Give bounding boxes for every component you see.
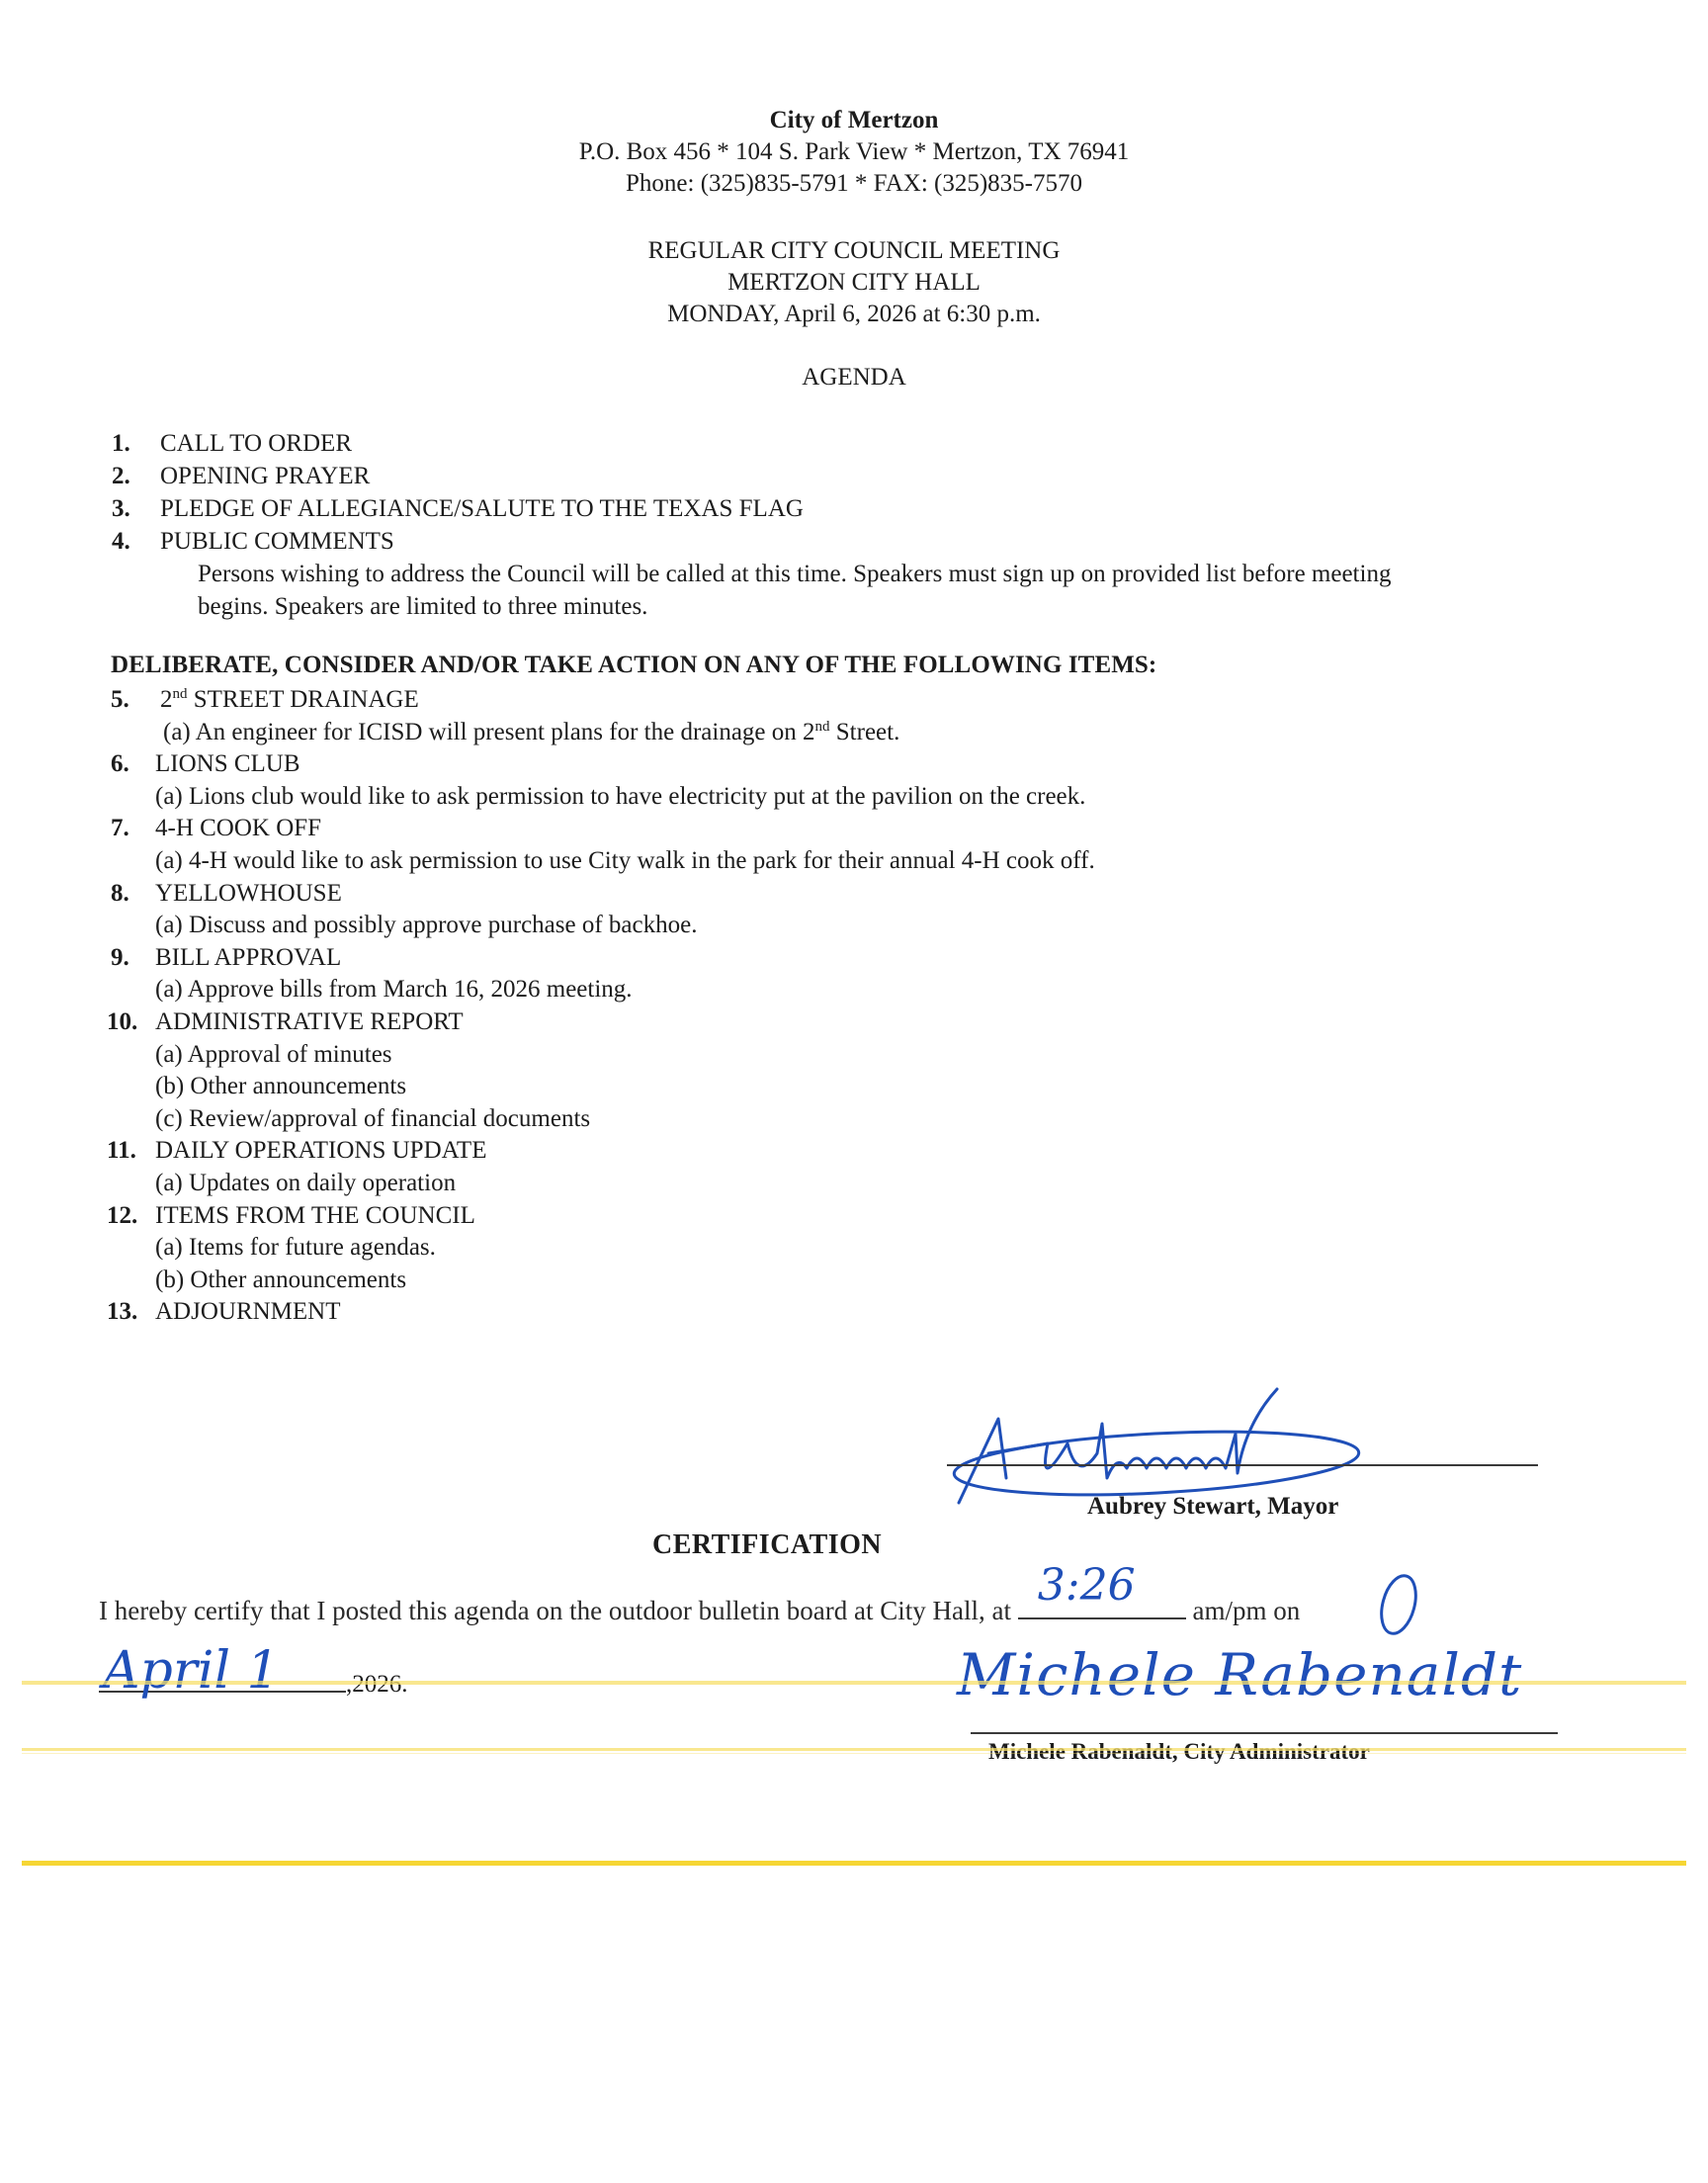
sub-item-text: Street. xyxy=(830,719,900,745)
organization-name: City of Mertzon xyxy=(0,105,1708,136)
certification-statement: I hereby certify that I posted this agen… xyxy=(99,1596,1011,1625)
mayor-signature-line xyxy=(947,1464,1538,1466)
certification-title: CERTIFICATION xyxy=(652,1529,882,1561)
item-description: Persons wishing to address the Council w… xyxy=(198,559,1391,590)
item-number: 6. xyxy=(111,748,129,780)
mayor-printed-name: Aubrey Stewart, Mayor xyxy=(1087,1493,1338,1521)
time-blank: 3:26 xyxy=(1018,1596,1186,1619)
item-number: 7. xyxy=(111,813,129,844)
sub-item-superscript: nd xyxy=(815,719,830,735)
item-label: 4-H COOK OFF xyxy=(155,813,321,844)
highlight-streak xyxy=(22,1753,1686,1754)
meeting-type: REGULAR CITY COUNCIL MEETING xyxy=(0,235,1708,267)
sub-item: (a) Approval of minutes xyxy=(155,1039,392,1071)
item-label: ADJOURNMENT xyxy=(155,1296,341,1328)
sub-item: (b) Other announcements xyxy=(155,1071,406,1102)
item-number: 12. xyxy=(107,1200,137,1232)
item-number: 13. xyxy=(107,1296,137,1328)
item-number: 8. xyxy=(111,878,129,910)
agenda-title: AGENDA xyxy=(0,362,1708,393)
item-number: 4. xyxy=(112,526,130,558)
label-text: STREET DRAINAGE xyxy=(188,686,419,713)
address: P.O. Box 456 * 104 S. Park View * Mertzo… xyxy=(0,136,1708,168)
sub-item: (a) An engineer for ICISD will present p… xyxy=(163,717,899,748)
label-text: 2 xyxy=(160,686,173,713)
phone-fax: Phone: (325)835-5791 * FAX: (325)835-757… xyxy=(0,168,1708,200)
item-label: YELLOWHOUSE xyxy=(155,878,342,910)
meeting-info: REGULAR CITY COUNCIL MEETING MERTZON CIT… xyxy=(0,235,1708,330)
item-label: PLEDGE OF ALLEGIANCE/SALUTE TO THE TEXAS… xyxy=(160,493,804,525)
item-number: 3. xyxy=(112,493,130,525)
meeting-location: MERTZON CITY HALL xyxy=(0,267,1708,299)
pm-circle-mark xyxy=(1369,1567,1428,1646)
handwritten-date: April 1 xyxy=(103,1641,280,1701)
item-label: 2nd STREET DRAINAGE xyxy=(160,684,419,716)
highlight-streak xyxy=(22,1681,1686,1685)
certification-text: I hereby certify that I posted this agen… xyxy=(99,1596,1300,1626)
handwritten-time: 3:26 xyxy=(1038,1560,1136,1611)
sub-item: (a) Discuss and possibly approve purchas… xyxy=(155,910,697,941)
administrator-signature-line xyxy=(971,1732,1558,1734)
item-number: 5. xyxy=(111,684,129,716)
item-label: LIONS CLUB xyxy=(155,748,300,780)
item-number: 11. xyxy=(107,1135,136,1167)
sub-item: (b) Other announcements xyxy=(155,1265,406,1296)
sub-item: (a) Items for future agendas. xyxy=(155,1232,436,1264)
sub-item: (c) Review/approval of financial documen… xyxy=(155,1103,590,1135)
item-label: DAILY OPERATIONS UPDATE xyxy=(155,1135,486,1167)
letterhead: City of Mertzon P.O. Box 456 * 104 S. Pa… xyxy=(0,105,1708,200)
meeting-datetime: MONDAY, April 6, 2026 at 6:30 p.m. xyxy=(0,299,1708,330)
item-number: 10. xyxy=(107,1006,137,1038)
item-label: BILL APPROVAL xyxy=(155,942,341,974)
highlight-streak xyxy=(22,1861,1686,1866)
item-label: ITEMS FROM THE COUNCIL xyxy=(155,1200,475,1232)
am-pm-label: am/pm on xyxy=(1193,1596,1301,1625)
administrator-signature: Michele Rabenaldt xyxy=(957,1641,1522,1708)
item-number: 9. xyxy=(111,942,129,974)
item-description: begins. Speakers are limited to three mi… xyxy=(198,591,647,623)
year-suffix: ,2026. xyxy=(346,1671,408,1699)
item-number: 2. xyxy=(112,461,130,492)
item-label: OPENING PRAYER xyxy=(160,461,370,492)
item-number: 1. xyxy=(112,428,130,460)
sub-item: (a) Approve bills from March 16, 2026 me… xyxy=(155,974,633,1005)
deliberate-heading: DELIBERATE, CONSIDER AND/OR TAKE ACTION … xyxy=(111,652,1156,679)
item-label: CALL TO ORDER xyxy=(160,428,352,460)
item-label: PUBLIC COMMENTS xyxy=(160,526,394,558)
sub-item: (a) Updates on daily operation xyxy=(155,1168,456,1199)
item-label: ADMINISTRATIVE REPORT xyxy=(155,1006,464,1038)
sub-item-text: (a) An engineer for ICISD will present p… xyxy=(163,719,815,745)
sub-item: (a) 4-H would like to ask permission to … xyxy=(155,845,1095,877)
sub-item: (a) Lions club would like to ask permiss… xyxy=(155,781,1085,813)
administrator-printed-name: Michele Rabenaldt, City Administrator xyxy=(988,1739,1370,1765)
highlight-streak xyxy=(22,1748,1686,1751)
label-superscript: nd xyxy=(173,686,188,702)
